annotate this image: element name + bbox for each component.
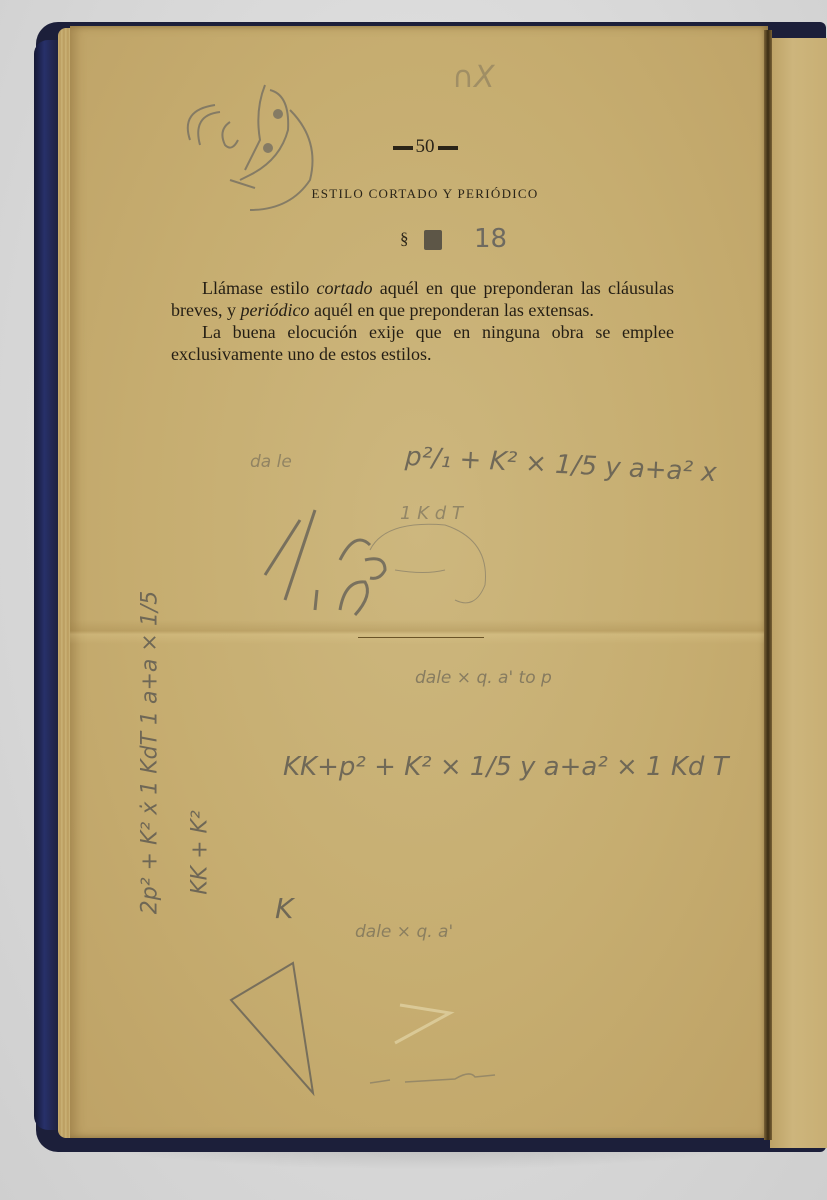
italic-term-cortado: cortado <box>317 278 373 298</box>
paragraph-2: La buena elocución exije que en ninguna … <box>171 321 674 365</box>
paragraph-1: Llámase estilo cortado aquél en que prep… <box>171 277 674 321</box>
ink-blot <box>424 230 442 250</box>
page-fold-crease <box>70 620 768 644</box>
facing-page-edge <box>770 38 827 1148</box>
page-number: 50 <box>370 136 480 158</box>
dash-left <box>393 146 413 150</box>
top-scribble: ∩X <box>452 60 495 95</box>
handwritten-label-dale-1: da le <box>250 452 292 472</box>
numeral-sketch-icon <box>245 500 505 620</box>
handwritten-label-dale-2: dale × q. a' to p <box>415 668 552 688</box>
triangle-sketch-icon <box>225 955 525 1100</box>
book-spine-edge <box>34 40 60 1130</box>
horse-head-sketch-icon <box>170 70 330 220</box>
text-run: aquél en que preponderan las extensas. <box>309 300 593 320</box>
handwritten-label-dale-3: dale × q. a' <box>355 922 453 942</box>
handwritten-vertical-formula: 2p² + K² ẋ 1 KdT 1 a+a × 1/5 <box>138 563 163 943</box>
section-symbol: § <box>400 229 409 249</box>
handwritten-vertical-formula-2: KK + K² <box>188 793 213 913</box>
page-gutter <box>764 30 772 1140</box>
italic-term-periodico: periódico <box>240 300 309 320</box>
body-text: Llámase estilo cortado aquél en que prep… <box>171 277 674 365</box>
dash-right <box>438 146 458 150</box>
section-number-handwritten: 18 <box>474 224 507 254</box>
page-number-text: 50 <box>416 136 435 157</box>
handwritten-letter-k: K <box>275 892 293 925</box>
end-rule <box>358 637 484 638</box>
text-run: Llámase estilo <box>202 278 317 298</box>
handwritten-formula-2: KK+p² + K² × 1/5 y a+a² × 1 Kd T <box>283 752 729 782</box>
text-run: La buena elocución exije que en ninguna … <box>171 322 674 364</box>
